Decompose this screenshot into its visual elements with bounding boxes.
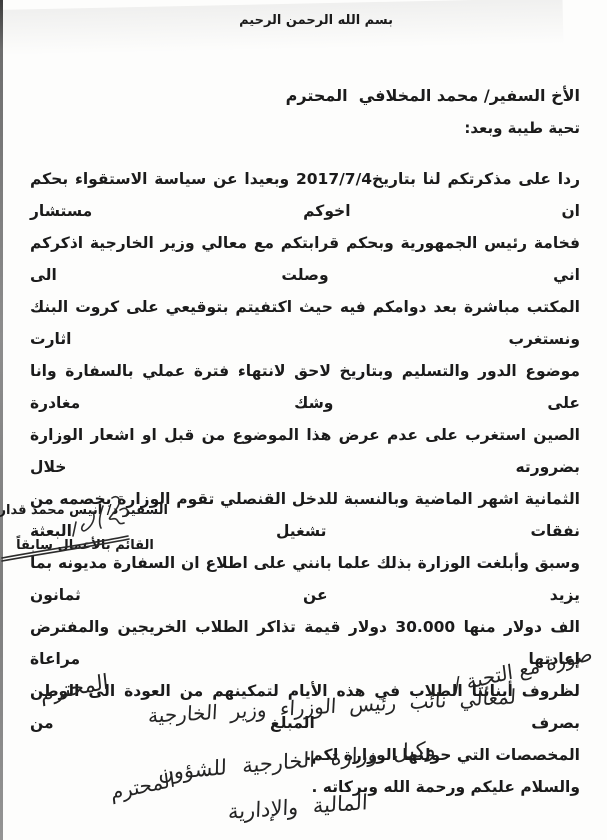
body-line: الصين استغرب على عدم عرض هذا الموضوع من … [30,419,580,483]
scan-left-edge-artifact [0,0,3,840]
bismillah-header: بسم الله الرحمن الرحيم [248,13,393,28]
body-line: المكتب مباشرة بعد دوامكم فيه حيث اكتفيتم… [30,291,580,355]
salutation-line: تحية طيبة وبعد: [464,119,580,137]
body-line: فخامة رئيس الجمهورية وبحكم قرابتكم مع مع… [30,227,580,291]
recipient-line: الأخ السفير/ محمد المخلافي المحترم [286,86,580,105]
body-line: ردا على مذكرتكم لنا بتاريخ2017/7/4 وبعيد… [30,163,580,227]
body-line: موضوع الدور والتسليم وبتاريخ لاحق لانتها… [30,355,580,419]
handwritten-signature-flourish [0,492,190,572]
scanned-letter-page: بسم الله الرحمن الرحيم الأخ السفير/ محمد… [0,0,607,840]
